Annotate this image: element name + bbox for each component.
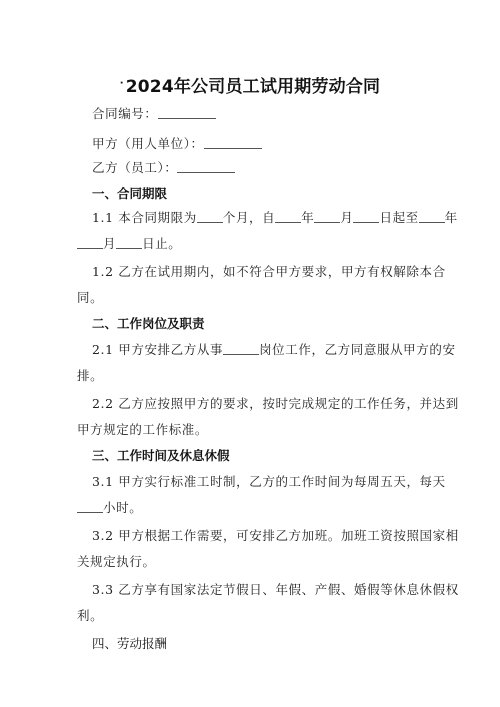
- party-b-blank[interactable]: [177, 160, 235, 173]
- clause-text: 个月，自: [223, 210, 275, 225]
- clause-3-1-line-2: 小时。: [77, 500, 142, 516]
- section-heading-1: 一、合同期限: [92, 186, 167, 202]
- document-page: ·2024年公司员工试用期劳动合同 合同编号： 甲方（用人单位）： 乙方（员工）…: [0, 0, 500, 707]
- section-heading-2: 二、工作岗位及职责: [92, 316, 205, 332]
- start-year-blank[interactable]: [275, 210, 301, 223]
- clause-text: 2.1 甲方安排乙方从事: [92, 342, 223, 357]
- end-month-blank[interactable]: [77, 236, 103, 249]
- field-party-a: 甲方（用人单位）：: [92, 136, 262, 152]
- end-year-blank[interactable]: [419, 210, 445, 223]
- clause-1-1-line-2: 月日止。: [77, 236, 181, 252]
- field-contract-number: 合同编号：: [92, 106, 216, 122]
- clause-1-2-line-2: 同。: [77, 290, 103, 306]
- party-a-blank[interactable]: [204, 136, 262, 149]
- clause-text: 年: [301, 210, 314, 225]
- position-blank[interactable]: [223, 342, 259, 355]
- field-party-b: 乙方（员工）：: [92, 160, 235, 176]
- field-label: 甲方（用人单位）：: [92, 136, 204, 151]
- clause-3-2-line-2: 关规定执行。: [77, 554, 156, 570]
- clause-3-2-line-1: 3.2 甲方根据工作需要，可安排乙方加班。加班工资按照国家相: [92, 528, 459, 544]
- field-label: 乙方（员工）：: [92, 160, 177, 175]
- months-blank[interactable]: [197, 210, 223, 223]
- clause-text: 小时。: [103, 500, 142, 515]
- clause-2-1-line-2: 排。: [77, 368, 103, 384]
- start-day-blank[interactable]: [353, 210, 379, 223]
- section-heading-4: 四、劳动报酬: [92, 636, 167, 652]
- clause-text: 岗位工作，乙方同意服从甲方的安: [259, 342, 456, 357]
- section-heading-3: 三、工作时间及休息休假: [92, 448, 230, 464]
- clause-2-2-line-1: 2.2 乙方应按照甲方的要求，按时完成规定的工作任务，并达到: [92, 396, 459, 412]
- clause-2-2-line-2: 甲方规定的工作标准。: [77, 422, 208, 438]
- clause-3-3-line-2: 利。: [77, 608, 103, 624]
- clause-1-2-line-1: 1.2 乙方在试用期内，如不符合甲方要求，甲方有权解除本合: [92, 264, 446, 280]
- clause-text: 1.1 本合同期限为: [92, 210, 197, 225]
- clause-text: 月: [340, 210, 353, 225]
- hours-blank[interactable]: [77, 500, 103, 513]
- document-title: ·2024年公司员工试用期劳动合同: [0, 72, 500, 97]
- end-day-blank[interactable]: [116, 236, 142, 249]
- clause-3-1-line-1: 3.1 甲方实行标准工时制，乙方的工作时间为每周五天，每天: [92, 474, 446, 490]
- clause-text: 年: [445, 210, 458, 225]
- clause-text: 日止。: [142, 236, 181, 251]
- contract-number-blank[interactable]: [158, 106, 216, 119]
- title-marker: ·: [120, 78, 124, 89]
- start-month-blank[interactable]: [314, 210, 340, 223]
- clause-2-1-line-1: 2.1 甲方安排乙方从事岗位工作，乙方同意服从甲方的安: [92, 342, 456, 358]
- clause-3-3-line-1: 3.3 乙方享有国家法定节假日、年假、产假、婚假等休息休假权: [92, 582, 459, 598]
- clause-text: 日起至: [379, 210, 418, 225]
- clause-1-1-line-1: 1.1 本合同期限为个月，自年月日起至年: [92, 210, 458, 226]
- title-text: 2024年公司员工试用期劳动合同: [126, 77, 381, 97]
- field-label: 合同编号：: [92, 106, 158, 121]
- clause-text: 月: [103, 236, 116, 251]
